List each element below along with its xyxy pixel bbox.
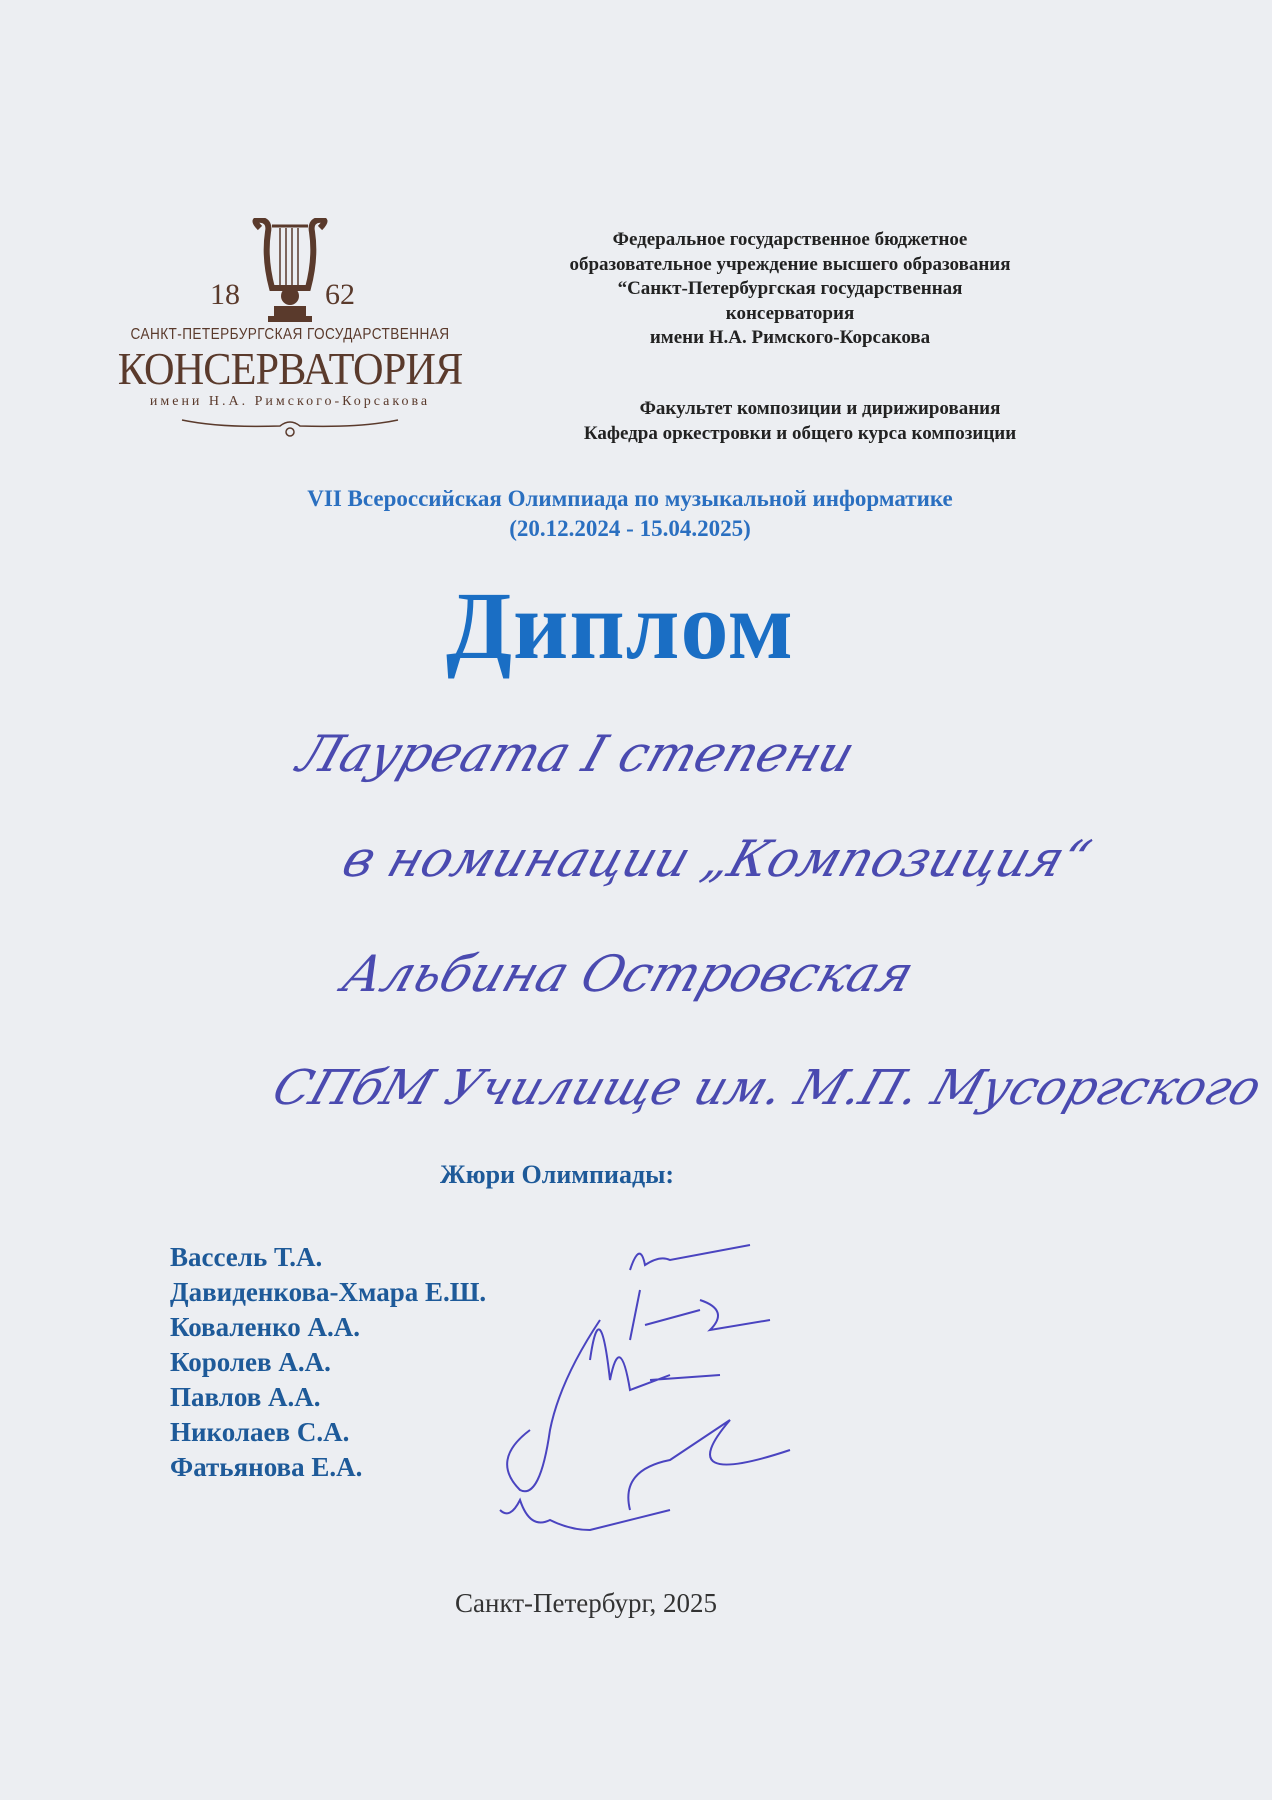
- institution-line: образовательное учреждение высшего образ…: [490, 253, 1090, 278]
- department: Кафедра оркестровки и общего курса компо…: [490, 421, 1110, 446]
- institution-block: Федеральное государственное бюджетное об…: [490, 228, 1090, 351]
- jury-title: Жюри Олимпиады:: [440, 1160, 674, 1190]
- jury-member: Давиденкова-Хмара Е.Ш.: [170, 1275, 486, 1310]
- faculty: Факультет композиции и дирижирования: [490, 396, 1110, 421]
- handwritten-nomination: в номинации „Композиция“: [336, 830, 1098, 888]
- jury-member: Коваленко А.А.: [170, 1310, 486, 1345]
- institution-line: Федеральное государственное бюджетное: [490, 228, 1090, 253]
- logo-name: имени Н.А. Римского-Корсакова: [100, 394, 480, 410]
- handwritten-award: Лауреата I степени: [291, 725, 862, 783]
- ornament-icon: [180, 414, 400, 438]
- jury-list: Вассель Т.А. Давиденкова-Хмара Е.Ш. Кова…: [170, 1240, 486, 1485]
- logo-year-left: 18: [210, 278, 240, 312]
- institution-line: имени Н.А. Римского-Корсакова: [490, 326, 1090, 351]
- jury-signatures: [470, 1230, 830, 1560]
- jury-member: Павлов А.А.: [170, 1380, 486, 1415]
- handwritten-recipient: Альбина Островская: [336, 945, 922, 1003]
- city-year: Санкт-Петербург, 2025: [455, 1588, 717, 1619]
- conservatory-logo: 18 62 САНКТ-ПЕТЕРБУРГСКАЯ ГОСУДАРСТВЕННА…: [100, 218, 480, 438]
- olympiad-dates: (20.12.2024 - 15.04.2025): [150, 514, 1110, 544]
- logo-year-right: 62: [325, 278, 355, 312]
- institution-line: консерватория: [490, 302, 1090, 327]
- handwritten-school: СПбМ Училище им. М.П. Мусоргского: [266, 1060, 1269, 1116]
- jury-member: Николаев С.А.: [170, 1415, 486, 1450]
- olympiad-title: VII Всероссийская Олимпиада по музыкальн…: [150, 484, 1110, 514]
- jury-member: Фатьянова Е.А.: [170, 1450, 486, 1485]
- logo-title: КОНСЕРВАТОРИЯ: [115, 342, 465, 395]
- institution-line: “Санкт-Петербургская государственная: [490, 277, 1090, 302]
- olympiad-heading: VII Всероссийская Олимпиада по музыкальн…: [150, 484, 1110, 544]
- lyre-icon: [250, 218, 330, 328]
- jury-member: Вассель Т.А.: [170, 1240, 486, 1275]
- jury-member: Королев А.А.: [170, 1345, 486, 1380]
- department-block: Факультет композиции и дирижирования Каф…: [490, 396, 1110, 446]
- diploma-title: Диплом: [200, 570, 1040, 681]
